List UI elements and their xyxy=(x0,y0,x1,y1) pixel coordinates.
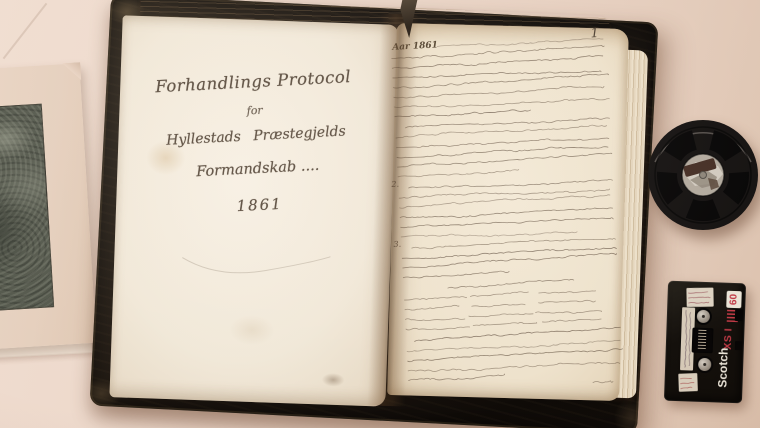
cassette-length-badge: 60 xyxy=(726,291,742,309)
cassette-brand: Scotch xyxy=(711,348,734,387)
audio-cassette: 60 XS I Scotch xyxy=(664,281,746,404)
handwriting-block: 1 Aar 1861 2. 3. xyxy=(382,20,633,404)
cassette-tape-window xyxy=(692,328,714,354)
cassette-handwritten-label-top xyxy=(686,288,713,307)
cassette-brand-text: Scotch xyxy=(715,347,730,387)
audio-tape-reel xyxy=(646,118,760,232)
handwritten-text-lines xyxy=(382,20,633,404)
book-title-page: Forhandlings Protocol for Hyllestads Præ… xyxy=(109,15,398,406)
cassette-handwritten-label-bottom xyxy=(678,373,698,392)
pencil-flourish xyxy=(153,239,355,296)
cassette-notch xyxy=(735,341,742,350)
page-smudge xyxy=(318,370,349,389)
page-stain xyxy=(221,309,282,351)
title-year: 1861 xyxy=(147,190,372,220)
archive-photo-scene: Forhandlings Protocol for Hyllestads Præ… xyxy=(0,0,760,428)
table-crease-line xyxy=(3,3,48,59)
title-line-1: Forhandlings Protocol xyxy=(141,66,366,97)
book-manuscript-page: 1 Aar 1861 2. 3. xyxy=(387,23,629,401)
photo-mount-corner-fold xyxy=(62,62,81,81)
handwritten-title: Forhandlings Protocol for Hyllestads Præ… xyxy=(141,66,372,220)
cassette-model-text: XS I xyxy=(722,328,735,350)
photo-print-vegetation xyxy=(0,104,54,315)
title-line-4: Formandskab .... xyxy=(145,155,370,183)
cassette-notch xyxy=(735,309,743,321)
title-line-3: Hyllestads Præstegjelds xyxy=(144,122,369,150)
cassette-length-text: 60 xyxy=(728,294,739,306)
mounted-photograph xyxy=(0,63,96,353)
title-line-2: for xyxy=(142,98,366,123)
